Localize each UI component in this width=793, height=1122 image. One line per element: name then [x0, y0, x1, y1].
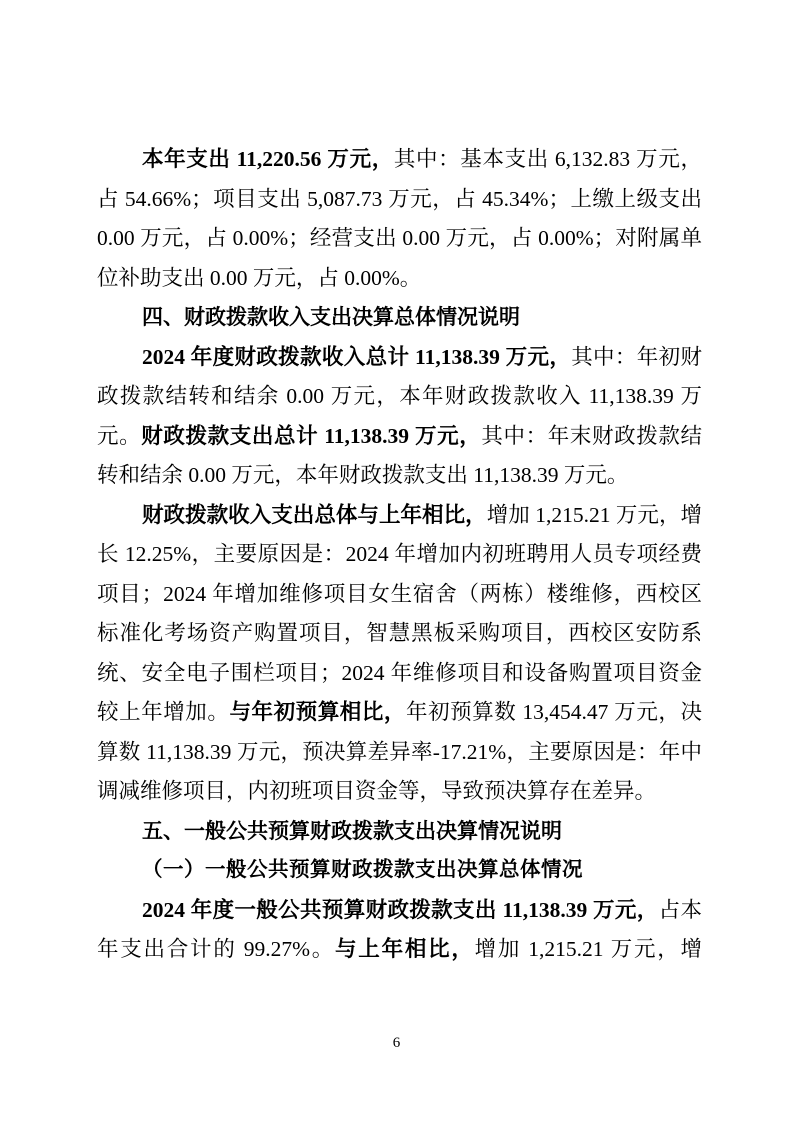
bold-fiscal-income-total: 2024 年度财政拨款收入总计 11,138.39 万元， — [142, 345, 571, 369]
bold-fiscal-expenditure-total: 财政拨款支出总计 11,138.39 万元， — [141, 424, 481, 448]
heading-section-4-fiscal-appropriation-summary: 四、财政拨款收入支出决算总体情况说明 — [97, 298, 702, 338]
bold-yoy-comparison-lead: 财政拨款收入支出总体与上年相比， — [142, 503, 487, 527]
paragraph-general-budget-expenditure: 2024 年度一般公共预算财政拨款支出 11,138.39 万元，占本年支出合计… — [97, 891, 702, 970]
text-yoy-comparison-reasons: 增加 1,215.21 万元，增长 12.25%，主要原因是：2024 年增加内… — [97, 503, 702, 725]
bold-budget-comparison-lead: 与年初预算相比， — [229, 700, 406, 724]
bold-general-budget-expenditure-total: 2024 年度一般公共预算财政拨款支出 11,138.39 万元， — [142, 898, 659, 922]
paragraph-fiscal-appropriation-totals: 2024 年度财政拨款收入总计 11,138.39 万元，其中：年初财政拨款结转… — [97, 338, 702, 496]
document-body: 本年支出 11,220.56 万元，其中：基本支出 6,132.83 万元，占 … — [97, 140, 702, 970]
text-vs-last-year-increase: 增加 1,215.21 万元，增 — [475, 937, 702, 961]
heading-section-5-1-overall-situation: （一）一般公共预算财政拨款支出决算总体情况 — [97, 851, 702, 891]
bold-vs-last-year-lead: 与上年相比， — [335, 937, 475, 961]
paragraph-annual-expenditure: 本年支出 11,220.56 万元，其中：基本支出 6,132.83 万元，占 … — [97, 140, 702, 298]
document-page: 本年支出 11,220.56 万元，其中：基本支出 6,132.83 万元，占 … — [0, 0, 793, 1122]
bold-annual-expenditure-total: 本年支出 11,220.56 万元， — [142, 147, 394, 171]
paragraph-year-over-year-comparison: 财政拨款收入支出总体与上年相比，增加 1,215.21 万元，增长 12.25%… — [97, 496, 702, 812]
page-number: 6 — [0, 1034, 793, 1052]
heading-section-5-general-budget-expenditure: 五、一般公共预算财政拨款支出决算情况说明 — [97, 812, 702, 852]
